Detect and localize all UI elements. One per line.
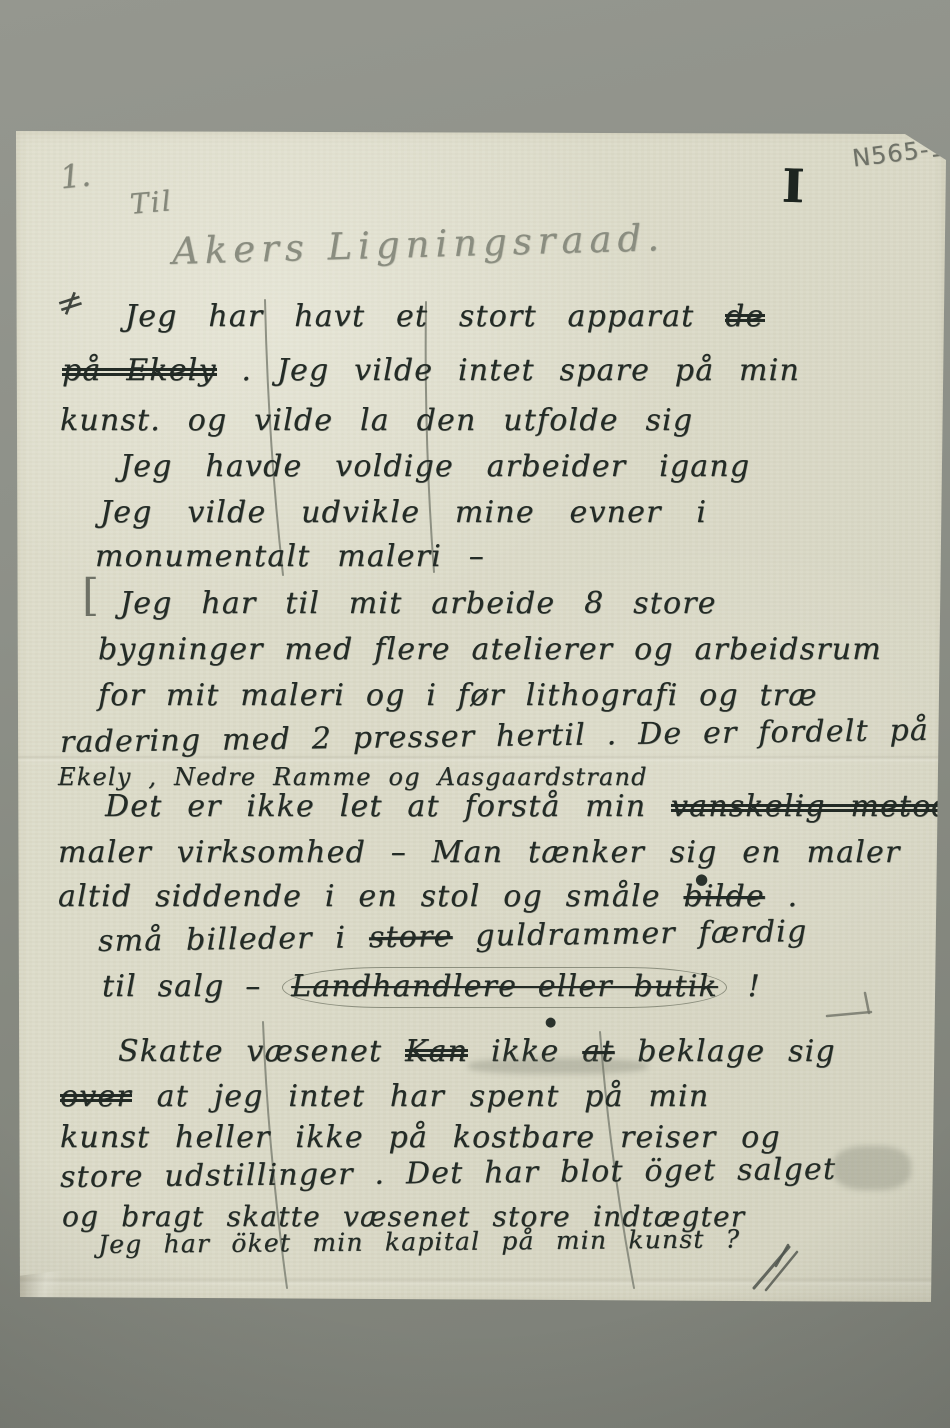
struck-handwritten-text: Kan: [405, 1034, 468, 1069]
handwritten-text: radering med 2 presser hertil . De er fo…: [60, 713, 929, 760]
handwritten-text: monumentalt maleri –: [95, 539, 485, 574]
manuscript-line: monumentalt maleri –: [95, 540, 485, 575]
handwritten-text: Skatte væsenet: [118, 1034, 405, 1069]
handwritten-text: maler virksomhed – Man tænker sig en mal…: [58, 835, 901, 870]
manuscript-line: Jeg har til mit arbeide 8 store: [120, 587, 717, 622]
pencil-smudge: [468, 1058, 648, 1074]
margin-bracket-mark: [: [82, 574, 99, 618]
handwritten-text: kunst heller ikke på kostbare reiser og: [60, 1120, 781, 1155]
manuscript-lines: Jeg har havt et stort apparat depå Ekely…: [14, 129, 948, 1305]
struck-handwritten-text: vanskelig metode: [671, 789, 950, 824]
manuscript-line: Jeg vilde udvikle mine evner i: [100, 496, 707, 531]
manuscript-line: Jeg har öket min kapital på min kunst ?: [98, 1225, 741, 1259]
handwritten-text: altid siddende i en stol og småle: [58, 879, 683, 914]
manuscript-line: kunst. og vilde la den utfolde sig: [60, 404, 693, 439]
manuscript-line: bygninger med flere atelierer og arbeids…: [98, 633, 882, 668]
manuscript-line: store udstillinger . Det har blot öget s…: [60, 1153, 836, 1196]
handwritten-text: Jeg vilde udvikle mine evner i: [100, 495, 707, 530]
handwritten-text: . Jeg vilde intet spare på min: [217, 353, 800, 388]
struck-handwritten-text: de: [725, 299, 764, 334]
manuscript-page: 1. Til Akers Ligningsraad. N565-1 I Jeg …: [14, 129, 948, 1305]
handwritten-text: .: [765, 879, 798, 914]
manuscript-line: små billeder i store guldrammer færdig: [98, 915, 808, 959]
struck-handwritten-text: store: [369, 919, 453, 955]
handwritten-text: at jeg intet har spent på min: [132, 1079, 709, 1114]
ink-blot: ●: [695, 872, 708, 887]
manuscript-line: på Ekely . Jeg vilde intet spare på min: [62, 354, 800, 389]
handwritten-text: små billeder i: [98, 920, 369, 959]
photo-background: 1. Til Akers Ligningsraad. N565-1 I Jeg …: [0, 0, 950, 1428]
manuscript-line: til salg – Landhandlere eller butik !: [102, 970, 761, 1005]
struck-handwritten-text: Landhandlere eller butik: [282, 967, 727, 1008]
manuscript-line: over at jeg intet har spent på min: [60, 1080, 709, 1115]
manuscript-line: kunst heller ikke på kostbare reiser og: [60, 1121, 781, 1156]
manuscript-line: Ekely , Nedre Ramme og Aasgaardstrand: [58, 764, 648, 792]
handwritten-text: Ekely , Nedre Ramme og Aasgaardstrand: [58, 763, 648, 791]
handwritten-text: Det er ikke let at forstå min: [105, 789, 671, 824]
handwritten-text: bygninger med flere atelierer og arbeids…: [98, 632, 882, 667]
handwritten-text: til salg –: [102, 969, 282, 1004]
handwritten-text: guldrammer færdig: [452, 914, 807, 954]
manuscript-line: for mit maleri og i før lithografi og tr…: [98, 679, 818, 714]
ink-blot: ●: [545, 1016, 556, 1029]
handwritten-text: !: [727, 969, 761, 1004]
manuscript-line: altid siddende i en stol og småle bilde …: [58, 880, 798, 915]
handwritten-text: for mit maleri og i før lithografi og tr…: [98, 678, 818, 713]
manuscript-line: Det er ikke let at forstå min vanskelig …: [105, 790, 950, 825]
handwritten-text: Jeg har til mit arbeide 8 store: [120, 586, 717, 621]
pencil-smudge: [833, 1146, 911, 1190]
manuscript-line: Jeg har havt et stort apparat de: [125, 300, 765, 335]
handwritten-text: kunst. og vilde la den utfolde sig: [60, 403, 693, 438]
manuscript-line: radering med 2 presser hertil . De er fo…: [60, 714, 929, 761]
handwritten-text: Jeg havde voldige arbeider igang: [120, 449, 750, 484]
struck-handwritten-text: på Ekely: [62, 353, 217, 388]
handwritten-text: Jeg har havt et stort apparat: [125, 299, 725, 334]
handwritten-text: Jeg har öket min kapital på min kunst ?: [98, 1224, 741, 1259]
manuscript-line: Jeg havde voldige arbeider igang: [120, 450, 750, 485]
handwritten-text: store udstillinger . Det har blot öget s…: [60, 1152, 836, 1195]
struck-handwritten-text: over: [60, 1079, 132, 1114]
manuscript-line: maler virksomhed – Man tænker sig en mal…: [58, 836, 901, 871]
